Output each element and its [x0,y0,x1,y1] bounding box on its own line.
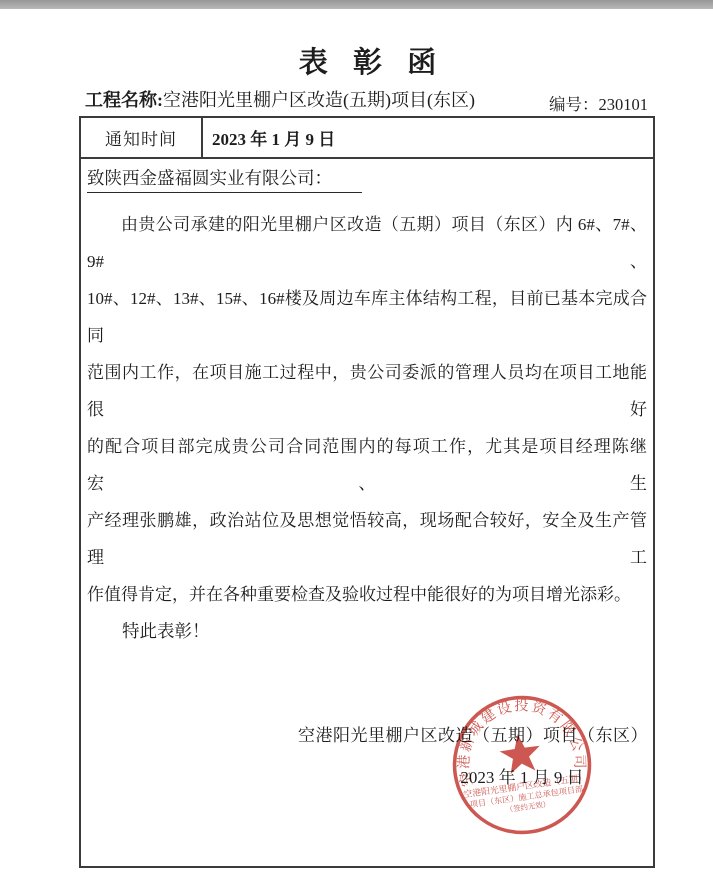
salutation: 致陕西金盛福圆实业有限公司： [87,165,647,193]
doc-number-value: 230101 [599,95,649,114]
notice-time-label-cell: 通知时间 [81,118,203,157]
paragraph-line: 的配合项目部完成贵公司合同范围内的每项工作，尤其是项目经理陈继宏、生 [87,428,647,502]
paragraph-line: 10#、12#、13#、15#、16#楼及周边车库主体结构工程，目前已基本完成合… [87,280,647,354]
paragraph-line: 范围内工作，在项目施工过程中，贵公司委派的管理人员均在项目工地能很好 [87,354,647,428]
scan-artifact-top [0,0,713,9]
official-seal: 空港新城建设投资有限公司 空港阳光里棚户区改造（五期） 项目（东区）施工总承包项… [442,685,602,845]
notice-row: 通知时间 2023 年 1 月 9 日 [81,118,653,159]
closing-line: 特此表彰！ [87,613,647,650]
doc-number-label: 编号： [549,95,599,114]
paragraph-line: 产经理张鹏雄，政治站位及思想觉悟较高，现场配合较好，安全及生产管理工 [87,502,647,576]
paragraph-line: 由贵公司承建的阳光里棚户区改造（五期）项目（东区）内 6#、7#、9#、 [87,206,647,280]
star-icon [498,731,543,775]
paragraph: 由贵公司承建的阳光里棚户区改造（五期）项目（东区）内 6#、7#、9#、 10#… [87,206,647,613]
project-name-label: 工程名称: [85,90,163,110]
salutation-text: 致陕西金盛福圆实业有限公司： [87,165,362,193]
notice-time-value-cell: 2023 年 1 月 9 日 [203,118,653,157]
paragraph-line: 作值得肯定，并在各种重要检查及验收过程中能很好的为项目增光添彩。 [87,576,647,613]
project-name-value: 空港阳光里棚户区改造(五期)项目(东区) [163,90,475,110]
doc-number-row: 编号：230101 [549,91,648,115]
project-name-row: 工程名称:空港阳光里棚户区改造(五期)项目(东区) [85,86,475,112]
document-page: 表 彰 函 工程名称:空港阳光里棚户区改造(五期)项目(东区) 编号：23010… [0,0,713,882]
letter-body: 致陕西金盛福圆实业有限公司： 由贵公司承建的阳光里棚户区改造（五期）项目（东区）… [87,159,647,650]
page-title: 表 彰 函 [12,40,713,81]
